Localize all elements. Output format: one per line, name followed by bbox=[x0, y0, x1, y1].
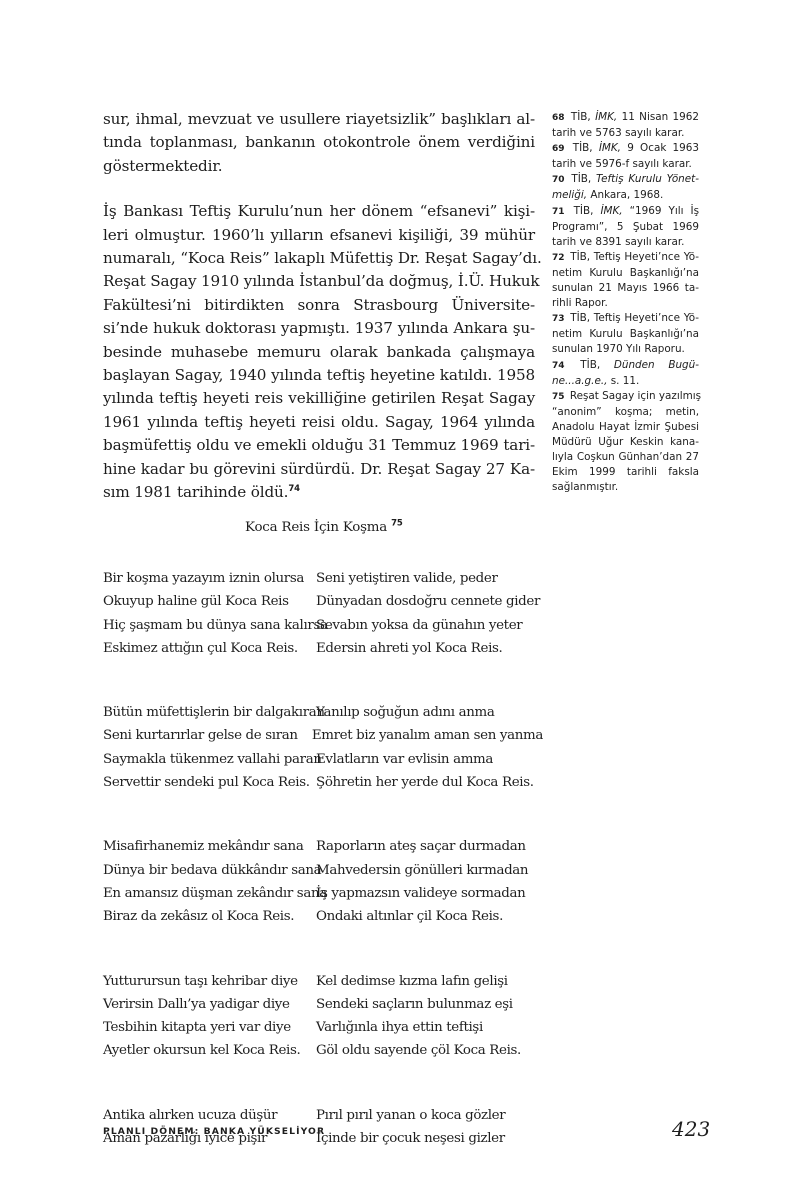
poem-verse-left: Eskimez attığın çul Koca Reis. bbox=[103, 637, 316, 660]
text-line: Fakültesi’ni bitirdikten sonra Strasbour… bbox=[103, 294, 535, 317]
poem-verse-left: En amansız düşman zekândır sana bbox=[103, 882, 316, 905]
paragraph-gap bbox=[103, 178, 535, 200]
sidenote-line: 68 TİB, İMK, 11 Nisan 1962 bbox=[552, 110, 699, 126]
text-line: sur, ihmal, mevzuat ve usullere riayetsi… bbox=[103, 108, 535, 131]
sidenote-italic-text: İMK, bbox=[600, 205, 622, 217]
sidenote-text: netim Kurulu Başkanlığı’na bbox=[552, 328, 699, 340]
text-line: başmüfettiş oldu ve emekli olduğu 31 Tem… bbox=[103, 434, 535, 457]
sidenote-text: Müdürü Uğur Keskin kana- bbox=[552, 436, 699, 448]
sidenote-text: tarih ve 5763 sayılı karar. bbox=[552, 127, 684, 139]
text-line: leri olmuştur. 1960’lı yılların efsanevi… bbox=[103, 224, 535, 247]
poem-row: Tesbihin kitapta yeri var diyeVarlığınla… bbox=[103, 1016, 543, 1039]
text-line: göstermektedir. bbox=[103, 155, 535, 178]
sidenote-italic-text: Teftiş Kurulu Yönet- bbox=[596, 173, 699, 185]
text-line: tında toplanması, bankanın otokontrole ö… bbox=[103, 131, 535, 154]
sidenote-line: 71 TİB, İMK, “1969 Yılı İş bbox=[552, 204, 699, 220]
sidenote-number: 70 bbox=[552, 175, 565, 185]
sidenote-number: 69 bbox=[552, 144, 565, 154]
poem-row: Ayetler okursun kel Koca Reis.Göl oldu s… bbox=[103, 1039, 543, 1062]
sidenote-line: Programı”, 5 Şubat 1969 bbox=[552, 220, 699, 235]
poem-verse-right: Edersin ahreti yol Koca Reis. bbox=[316, 637, 502, 660]
text-line: Reşat Sagay 1910 yılında İstanbul’da doğ… bbox=[103, 270, 535, 293]
poem-verse-right: Seni yetiştiren valide, peder bbox=[316, 567, 498, 590]
sidenote-line: sunulan 21 Mayıs 1966 ta- bbox=[552, 281, 699, 296]
sidenote-line: 70 TİB, Teftiş Kurulu Yönet- bbox=[552, 172, 699, 188]
sidenote-text: Programı”, 5 Şubat 1969 bbox=[552, 221, 699, 233]
poem-row: Bütün müfettişlerin bir dalgakıranYanılı… bbox=[103, 701, 543, 724]
poem-verse-left: Biraz da zekâsız ol Koca Reis. bbox=[103, 905, 316, 928]
sidenote-number: 68 bbox=[552, 113, 565, 123]
sidenote-text: 11 Nisan 1962 bbox=[617, 111, 699, 123]
book-page: sur, ihmal, mevzuat ve usullere riayetsi… bbox=[0, 0, 799, 1200]
poem-row: Misafirhanemiz mekândır sanaRaporların a… bbox=[103, 835, 543, 858]
sidenote-line: lıyla Coşkun Günhan’dan 27 bbox=[552, 450, 699, 465]
poem-verse-left: Saymakla tükenmez vallahi paran bbox=[103, 748, 316, 771]
poem-row: Okuyup haline gül Koca ReisDünyadan dosd… bbox=[103, 590, 543, 613]
poem-verse-left: Yutturursun taşı kehribar diye bbox=[103, 970, 316, 993]
poem-title: Koca Reis İçin Koşma 75 bbox=[245, 520, 403, 535]
sidenote-text: TİB, bbox=[571, 111, 595, 123]
poem-verse-right: Dünyadan dosdoğru cennete gider bbox=[316, 590, 540, 613]
poem-verse-left: Okuyup haline gül Koca Reis bbox=[103, 590, 316, 613]
poem-row: Seni kurtarırlar gelse de sıranEmret biz… bbox=[103, 724, 543, 747]
paragraph-1: sur, ihmal, mevzuat ve usullere riayetsi… bbox=[103, 108, 535, 178]
poem-verse-left: Tesbihin kitapta yeri var diye bbox=[103, 1016, 316, 1039]
sidenote-74: 74 TİB, Dünden Bugü-ne...a.g.e., s. 11. bbox=[552, 358, 699, 389]
sidenote-line: sunulan 1970 Yılı Raporu. bbox=[552, 342, 699, 357]
sidenote-text: tarih ve 5976-f sayılı karar. bbox=[552, 158, 692, 170]
text-line: besinde muhasebe memuru olarak bankada ç… bbox=[103, 341, 535, 364]
sidenotes-column: 68 TİB, İMK, 11 Nisan 1962tarih ve 5763 … bbox=[552, 110, 699, 495]
sidenote-line: 74 TİB, Dünden Bugü- bbox=[552, 358, 699, 374]
sidenote-text: tarih ve 8391 sayılı karar. bbox=[552, 236, 684, 248]
page-number: 423 bbox=[672, 1117, 710, 1141]
poem-row: Bir koşma yazayım iznin olursaSeni yetiş… bbox=[103, 567, 543, 590]
poem-verse-left: Ayetler okursun kel Koca Reis. bbox=[103, 1039, 316, 1062]
poem-verse-right: Kel dedimse kızma lafın gelişi bbox=[316, 970, 508, 993]
poem-row: Dünya bir bedava dükkândır sanaMahveders… bbox=[103, 859, 543, 882]
poem-verse-left: Bütün müfettişlerin bir dalgakıran bbox=[103, 701, 316, 724]
poem-verse-right: İçinde bir çocuk neşesi gizler bbox=[316, 1127, 505, 1150]
poem-verse-right: Emret biz yanalım aman sen yanma bbox=[312, 724, 543, 747]
text-line: yılında teftiş heyeti reis vekilliğine g… bbox=[103, 387, 535, 410]
sidenote-line: Anadolu Hayat İzmir Şubesi bbox=[552, 420, 699, 435]
poem-verse-right: Şöhretin her yerde dul Koca Reis. bbox=[316, 771, 534, 794]
sidenote-text: “1969 Yılı İş bbox=[623, 205, 699, 217]
sidenote-68: 68 TİB, İMK, 11 Nisan 1962tarih ve 5763 … bbox=[552, 110, 699, 141]
poem-verse-left: Antika alırken ucuza düşür bbox=[103, 1104, 316, 1127]
sidenote-text: 9 Ocak 1963 bbox=[621, 142, 699, 154]
sidenote-line: netim Kurulu Başkanlığı’na bbox=[552, 266, 699, 281]
sidenote-text: lıyla Coşkun Günhan’dan 27 bbox=[552, 451, 699, 463]
poem-verse-right: Ondaki altınlar çil Koca Reis. bbox=[316, 905, 503, 928]
text-line: numaralı, “Koca Reis” lakaplı Müfettiş D… bbox=[103, 247, 535, 270]
text-line: 1961 yılında teftiş heyeti reisi oldu. S… bbox=[103, 411, 535, 434]
poem-row: Eskimez attığın çul Koca Reis.Edersin ah… bbox=[103, 637, 543, 660]
poem-verse-right: Varlığınla ihya ettin teftişi bbox=[316, 1016, 483, 1039]
sidenote-text: Ekim 1999 tarihli faksla bbox=[552, 466, 699, 478]
sidenote-text: sağlanmıştır. bbox=[552, 481, 618, 493]
text-line: sım 1981 tarihinde öldü. bbox=[103, 483, 288, 501]
sidenote-line: “anonim” koşma; metin, bbox=[552, 405, 699, 420]
sidenote-text: Ankara, 1968. bbox=[587, 189, 663, 201]
sidenote-text: Reşat Sagay için yazılmış bbox=[570, 390, 701, 402]
sidenote-text: rihli Rapor. bbox=[552, 297, 608, 309]
paragraph-2: İş Bankası Teftiş Kurulu’nun her dönem “… bbox=[103, 200, 535, 504]
text-line: İş Bankası Teftiş Kurulu’nun her dönem “… bbox=[103, 200, 535, 223]
poem-verse-left: Bir koşma yazayım iznin olursa bbox=[103, 567, 316, 590]
text-line-with-footnote: sım 1981 tarihinde öldü.74 bbox=[103, 481, 535, 504]
poem-stanza: Misafirhanemiz mekândır sanaRaporların a… bbox=[103, 835, 543, 928]
sidenote-line: tarih ve 8391 sayılı karar. bbox=[552, 235, 699, 250]
poem-body: Bir koşma yazayım iznin olursaSeni yetiş… bbox=[103, 567, 543, 1191]
sidenote-line: tarih ve 5976-f sayılı karar. bbox=[552, 157, 699, 172]
poem-title-text: Koca Reis İçin Koşma bbox=[245, 520, 387, 535]
poem-verse-left: Servettir sendeki pul Koca Reis. bbox=[103, 771, 316, 794]
poem-verse-left: Hiç şaşmam bu dünya sana kalırsa bbox=[103, 614, 316, 637]
sidenote-75: 75 Reşat Sagay için yazılmış“anonim” koş… bbox=[552, 389, 699, 496]
poem-verse-left: Verirsin Dallı’ya yadigar diye bbox=[103, 993, 316, 1016]
sidenote-text: sunulan 1970 Yılı Raporu. bbox=[552, 343, 685, 355]
sidenote-line: ne...a.g.e., s. 11. bbox=[552, 374, 699, 389]
sidenote-number: 72 bbox=[552, 253, 565, 263]
sidenote-text: TİB, bbox=[571, 173, 596, 185]
text-line: hine kadar bu görevini sürdürdü. Dr. Reş… bbox=[103, 458, 535, 481]
poem-row: Saymakla tükenmez vallahi paranEvlatları… bbox=[103, 748, 543, 771]
sidenote-text: sunulan 21 Mayıs 1966 ta- bbox=[552, 282, 699, 294]
sidenote-italic-text: İMK, bbox=[599, 142, 621, 154]
sidenote-italic-text: İMK, bbox=[595, 111, 617, 123]
sidenote-italic-text: ne...a.g.e., bbox=[552, 375, 607, 387]
poem-row: Verirsin Dallı’ya yadigar diyeSendeki sa… bbox=[103, 993, 543, 1016]
sidenote-line: netim Kurulu Başkanlığı’na bbox=[552, 327, 699, 342]
main-text-column: sur, ihmal, mevzuat ve usullere riayetsi… bbox=[103, 108, 535, 505]
running-footer-title: PLANLI DÖNEM: BANKA YÜKSELİYOR bbox=[103, 1126, 325, 1137]
poem-verse-right: İş yapmazsın valideye sormadan bbox=[316, 882, 525, 905]
sidenote-72: 72 TİB, Teftiş Heyeti’nce Yö-netim Kurul… bbox=[552, 250, 699, 311]
poem-row: Hiç şaşmam bu dünya sana kalırsaSevabın … bbox=[103, 614, 543, 637]
poem-verse-right: Evlatların var evlisin amma bbox=[316, 748, 493, 771]
sidenote-line: 75 Reşat Sagay için yazılmış bbox=[552, 389, 699, 405]
poem-verse-left: Dünya bir bedava dükkândır sana bbox=[103, 859, 316, 882]
sidenote-number: 71 bbox=[552, 207, 565, 217]
poem-verse-right: Pırıl pırıl yanan o koca gözler bbox=[316, 1104, 505, 1127]
sidenote-number: 75 bbox=[552, 392, 565, 402]
poem-verse-right: Göl oldu sayende çöl Koca Reis. bbox=[316, 1039, 521, 1062]
footnote-ref-75[interactable]: 75 bbox=[391, 519, 402, 529]
sidenote-line: sağlanmıştır. bbox=[552, 480, 699, 495]
sidenote-text: TİB, bbox=[580, 359, 614, 371]
sidenote-line: 69 TİB, İMK, 9 Ocak 1963 bbox=[552, 141, 699, 157]
poem-verse-right: Raporların ateş saçar durmadan bbox=[316, 835, 526, 858]
sidenote-line: tarih ve 5763 sayılı karar. bbox=[552, 126, 699, 141]
sidenote-73: 73 TİB, Teftiş Heyeti’nce Yö-netim Kurul… bbox=[552, 311, 699, 357]
sidenote-69: 69 TİB, İMK, 9 Ocak 1963tarih ve 5976-f … bbox=[552, 141, 699, 172]
poem-verse-left: Misafirhanemiz mekândır sana bbox=[103, 835, 316, 858]
sidenote-line: 73 TİB, Teftiş Heyeti’nce Yö- bbox=[552, 311, 699, 327]
sidenote-line: meliği, Ankara, 1968. bbox=[552, 188, 699, 203]
sidenote-italic-text: meliği, bbox=[552, 189, 587, 201]
sidenote-text: Anadolu Hayat İzmir Şubesi bbox=[552, 421, 699, 433]
sidenote-line: Müdürü Uğur Keskin kana- bbox=[552, 435, 699, 450]
text-line: başlayan Sagay, 1940 yılında teftiş heye… bbox=[103, 364, 535, 387]
sidenote-71: 71 TİB, İMK, “1969 Yılı İşProgramı”, 5 Ş… bbox=[552, 204, 699, 250]
poem-verse-right: Yanılıp soğuğun adını anma bbox=[316, 701, 494, 724]
poem-stanza: Yutturursun taşı kehribar diyeKel dedims… bbox=[103, 970, 543, 1063]
sidenote-number: 73 bbox=[552, 314, 565, 324]
sidenote-line: 72 TİB, Teftiş Heyeti’nce Yö- bbox=[552, 250, 699, 266]
sidenote-italic-text: Dünden Bugü- bbox=[614, 359, 699, 371]
poem-row: En amansız düşman zekândır sanaİş yapmaz… bbox=[103, 882, 543, 905]
poem-row: Yutturursun taşı kehribar diyeKel dedims… bbox=[103, 970, 543, 993]
sidenote-line: rihli Rapor. bbox=[552, 296, 699, 311]
poem-stanza: Bütün müfettişlerin bir dalgakıranYanılı… bbox=[103, 701, 543, 794]
sidenote-text: TİB, bbox=[573, 142, 599, 154]
poem-row: Servettir sendeki pul Koca Reis.Şöhretin… bbox=[103, 771, 543, 794]
sidenote-number: 74 bbox=[552, 361, 565, 371]
poem-verse-right: Sevabın yoksa da günahın yeter bbox=[316, 614, 522, 637]
poem-stanza: Bir koşma yazayım iznin olursaSeni yetiş… bbox=[103, 567, 543, 660]
poem-row: Antika alırken ucuza düşürPırıl pırıl ya… bbox=[103, 1104, 543, 1127]
poem-verse-left: Seni kurtarırlar gelse de sıran bbox=[103, 724, 312, 747]
sidenote-text: TİB, Teftiş Heyeti’nce Yö- bbox=[570, 251, 699, 263]
poem-row: Biraz da zekâsız ol Koca Reis.Ondaki alt… bbox=[103, 905, 543, 928]
sidenote-line: Ekim 1999 tarihli faksla bbox=[552, 465, 699, 480]
sidenote-text: TİB, bbox=[574, 205, 601, 217]
sidenote-text: TİB, Teftiş Heyeti’nce Yö- bbox=[570, 312, 699, 324]
sidenote-70: 70 TİB, Teftiş Kurulu Yönet-meliği, Anka… bbox=[552, 172, 699, 203]
footnote-ref-74[interactable]: 74 bbox=[288, 484, 300, 494]
poem-verse-right: Sendeki saçların bulunmaz eşi bbox=[316, 993, 513, 1016]
sidenote-text: netim Kurulu Başkanlığı’na bbox=[552, 267, 699, 279]
sidenote-text: s. 11. bbox=[607, 375, 639, 387]
text-line: si’nde hukuk doktorası yapmıştı. 1937 yı… bbox=[103, 317, 535, 340]
sidenote-text: “anonim” koşma; metin, bbox=[552, 406, 699, 418]
poem-verse-right: Mahvedersin gönülleri kırmadan bbox=[316, 859, 528, 882]
